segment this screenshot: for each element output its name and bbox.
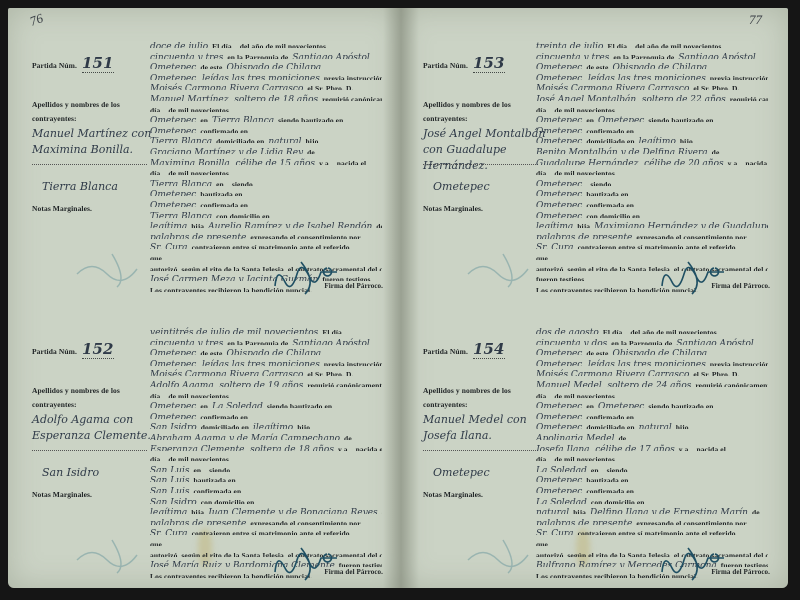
record-body: doce de julio El día del año de mil nove… [150,14,382,300]
partida-label-text: Partida Núm. [32,347,77,356]
contrayentes-label: Apellidos y nombres de los contrayentes: [32,384,157,412]
notas-marginales-label: Notas Marginales. [32,490,92,499]
contrayentes-label: Apellidos y nombres de los contrayentes: [32,98,157,126]
bleed-through-signature-icon [463,535,543,575]
record-body: treinta de julio El día del año de mil n… [536,14,768,300]
partida-label-text: Partida Núm. [423,347,468,356]
notas-marginales-label: Notas Marginales. [423,204,483,213]
partida-number: 152 [82,340,114,359]
right-page: 77 Partida Núm. 153 Apellidos y nombres … [401,8,788,588]
dotted-separator [423,164,538,165]
record-body: dos de agosto El día del año de mil nove… [536,300,768,586]
notas-marginales-label: Notas Marginales. [423,490,483,499]
contrayentes-label: Apellidos y nombres de los contrayentes: [423,98,548,126]
record-sidebar: Partida Núm. 153 Apellidos y nombres de … [423,14,548,300]
bleed-through-signature-icon [72,535,152,575]
dotted-separator [32,164,147,165]
contrayentes-label: Apellidos y nombres de los contrayentes: [423,384,548,412]
left-page: 76 Partida Núm. 151 Apellidos y nombres … [8,8,401,588]
partida-label: Partida Núm. 152 [32,340,114,359]
record-body: veintitrés de julio de mil novecientos E… [150,300,382,586]
notas-marginales-label: Notas Marginales. [32,204,92,213]
bleed-through-signature-icon [463,249,543,289]
marginal-place: San Isidro [42,466,99,479]
contrayentes-names: José Angel Montalbán con Guadalupe Herná… [423,126,548,174]
partida-label-text: Partida Núm. [423,61,468,70]
bleed-through-signature-icon [72,249,152,289]
partida-number: 154 [473,340,505,359]
partida-label: Partida Núm. 153 [423,54,505,73]
marriage-record: Partida Núm. 152 Apellidos y nombres de … [8,300,401,586]
record-sidebar: Partida Núm. 151 Apellidos y nombres de … [32,14,157,300]
partida-label: Partida Núm. 151 [32,54,114,73]
priest-signature-icon [658,542,728,582]
marginal-place: Tierra Blanca [42,180,118,193]
partida-label: Partida Núm. 154 [423,340,505,359]
partida-label-text: Partida Núm. [32,61,77,70]
contrayentes-names: Adolfo Agama con Esperanza Clemente. [32,412,157,444]
dotted-separator [423,450,538,451]
dotted-separator [32,450,147,451]
partida-number: 153 [473,54,505,73]
marriage-record: Partida Núm. 151 Apellidos y nombres de … [8,14,401,300]
marriage-record: Partida Núm. 154 Apellidos y nombres de … [401,300,788,586]
marginal-place: Ometepec [433,466,490,479]
marriage-record: Partida Núm. 153 Apellidos y nombres de … [401,14,788,300]
priest-signature-icon [658,256,728,296]
priest-signature-icon [271,256,341,296]
contrayentes-names: Manuel Martínez con Maximina Bonilla. [32,126,157,158]
record-sidebar: Partida Núm. 152 Apellidos y nombres de … [32,300,157,586]
marginal-place: Ometepec [433,180,490,193]
record-sidebar: Partida Núm. 154 Apellidos y nombres de … [423,300,548,586]
partida-number: 151 [82,54,114,73]
priest-signature-icon [271,542,341,582]
contrayentes-names: Manuel Medel con Josefa Ilana. [423,412,548,444]
